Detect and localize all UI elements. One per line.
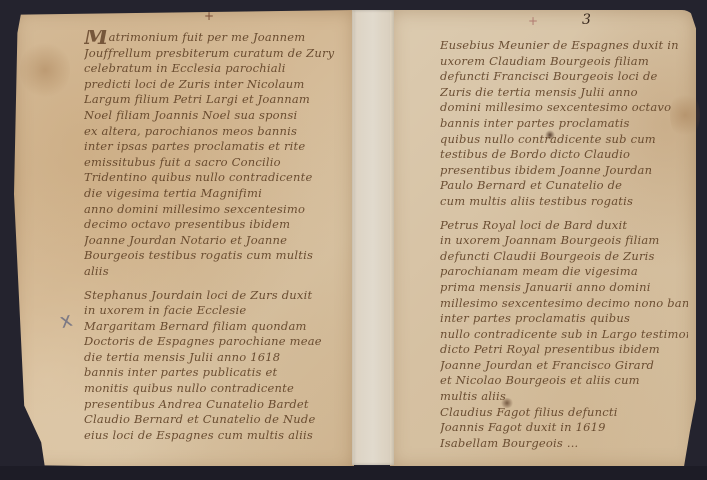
text-line: die vigesima tertia Magnifimi (84, 186, 346, 202)
manuscript-scan: + + 3 x Matrimonium fuit per me Joannem … (0, 0, 707, 480)
text-line: et Nicolao Bourgeois et aliis cum (440, 373, 688, 389)
text-line: Jouffrellum presbiterum curatum de Zury (84, 46, 346, 62)
text-line: die tertia mensis Julii anno 1618 (84, 350, 346, 366)
text-line: predicti loci de Zuris inter Nicolaum (84, 77, 346, 93)
text-line: decimo octavo presentibus ibidem (84, 217, 346, 233)
text-line: presentibus Andrea Cunatelio Bardet (84, 397, 346, 413)
text-line: Bourgeois testibus rogatis cum multis (84, 248, 346, 264)
text-line: Petrus Royal loci de Bard duxit (440, 218, 688, 234)
text-line: Eusebius Meunier de Espagnes duxit in (440, 38, 688, 54)
right-page-text: Eusebius Meunier de Espagnes duxit in ux… (440, 38, 688, 451)
scan-background-edge (0, 466, 707, 480)
text-line: prima mensis Januarii anno domini (440, 280, 688, 296)
text-line: Isabellam Bourgeois ... (440, 436, 688, 452)
text-line: Joanne Jourdan Notario et Joanne (84, 233, 346, 249)
text-line: in uxorem in facie Ecclesie (84, 303, 346, 319)
text-line: Matrimonium fuit per me Joannem (84, 30, 346, 46)
cross-mark-left: + (204, 9, 214, 23)
text-line: Zuris die tertia mensis Julii anno (440, 85, 688, 101)
text-line: domini millesimo sexcentesimo octavo (440, 100, 688, 116)
folio-number: 3 (582, 12, 591, 28)
text-line: inter partes proclamatis quibus (440, 311, 688, 327)
text-line: defuncti Francisci Bourgeois loci de (440, 69, 688, 85)
text-line: Tridentino quibus nullo contradicente (84, 170, 346, 186)
text-line: quibus nullo contradicente sub cum (440, 132, 688, 148)
text-line: Joanne Jourdan et Francisco Girard (440, 358, 688, 374)
paragraph-gap (84, 280, 346, 288)
text-line: Paulo Bernard et Cunatelio de (440, 178, 688, 194)
text-line: dicto Petri Royal presentibus ibidem (440, 342, 688, 358)
text-line: nullo contradicente sub in Largo testimo… (440, 327, 688, 343)
text-line: cum multis aliis testibus rogatis (440, 194, 688, 210)
text-line: emissitubus fuit a sacro Concilio (84, 155, 346, 171)
text-line: bannis inter partes publicatis et (84, 365, 346, 381)
text-line: Joannis Fagot duxit in 1619 (440, 420, 688, 436)
text-line: bannis inter partes proclamatis (440, 116, 688, 132)
text-line: inter ipsas partes proclamatis et rite (84, 139, 346, 155)
text-line: Stephanus Jourdain loci de Zurs duxit (84, 288, 346, 304)
text-line: monitis quibus nullo contradicente (84, 381, 346, 397)
text-line: uxorem Claudiam Bourgeois filiam (440, 54, 688, 70)
paragraph-gap (440, 210, 688, 218)
text-line: Noel filiam Joannis Noel sua sponsi (84, 108, 346, 124)
text-line: millesimo sexcentesimo decimo nono banni… (440, 296, 688, 312)
cross-mark-right: + (528, 14, 538, 28)
text-line: Doctoris de Espagnes parochiane meae (84, 334, 346, 350)
text-line: celebratum in Ecclesia parochiali (84, 61, 346, 77)
text-line: Claudio Bernard et Cunatelio de Nude (84, 412, 346, 428)
text-line: presentibus ibidem Joanne Jourdan (440, 163, 688, 179)
water-stain (20, 40, 70, 100)
text-line: Claudius Fagot filius defuncti (440, 405, 688, 421)
text-line: aliis (84, 264, 346, 280)
text-line: anno domini millesimo sexcentesimo (84, 202, 346, 218)
text-line: multis aliis (440, 389, 688, 405)
text-line: in uxorem Joannam Bourgeois filiam (440, 233, 688, 249)
text-line: eius loci de Espagnes cum multis aliis (84, 428, 346, 444)
left-page-text: Matrimonium fuit per me Joannem Jouffrel… (84, 30, 346, 443)
text-line-content: atrimonium fuit per me Joannem (109, 30, 306, 44)
text-line: testibus de Bordo dicto Claudio (440, 147, 688, 163)
text-line: defuncti Claudii Bourgeois de Zuris (440, 249, 688, 265)
text-line: Largum filium Petri Largi et Joannam (84, 92, 346, 108)
text-line: parochianam meam die vigesima (440, 264, 688, 280)
gutter-repair-tape (352, 10, 394, 465)
text-line: Margaritam Bernard filiam quondam (84, 319, 346, 335)
text-line: ex altera, parochianos meos bannis (84, 124, 346, 140)
